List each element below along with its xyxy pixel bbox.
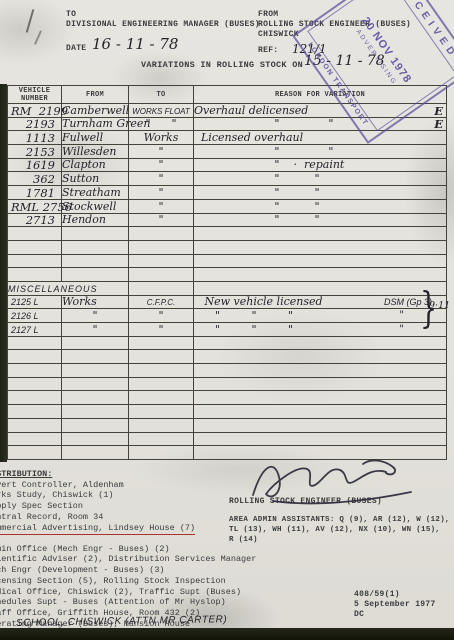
memo-title: VARIATIONS IN ROLLING STOCK ON	[141, 60, 303, 70]
distribution-line: Works Study, Chiswick (1)	[0, 490, 114, 501]
table-row: 2713Hendon" " "	[8, 213, 447, 227]
distribution-lines: Advert Controller, AldenhamWorks Study, …	[0, 480, 256, 630]
to-cell: "	[129, 158, 194, 172]
reason-cell	[194, 391, 447, 405]
reason-text: " "	[194, 117, 334, 130]
from-cell	[62, 418, 129, 432]
table-row	[8, 240, 447, 254]
reason-cell	[194, 268, 447, 282]
distribution-line: Advert Controller, Aldenham	[0, 480, 124, 491]
from-cell: Streatham	[62, 186, 129, 200]
vehicle-cell	[8, 336, 62, 350]
vehicle-cell	[8, 254, 62, 268]
table-row	[8, 268, 447, 282]
vehicle-cell	[8, 364, 62, 378]
reason-text: " · repaint	[194, 158, 344, 171]
table-body: RM 2199CamberwellWORKS FLOATEOverhaul de…	[8, 104, 447, 460]
to-cell: WORKS FLOAT	[129, 104, 194, 118]
vehicle-cell: 2126 L	[8, 309, 62, 323]
table-row	[8, 432, 447, 446]
from-cell: Works	[62, 295, 129, 309]
distribution-line: Scientific Adviser (2), Distribution Ser…	[0, 554, 256, 565]
col-header-from: FROM	[62, 86, 129, 104]
reason-tag: "	[399, 310, 404, 322]
signature	[243, 455, 423, 507]
reason-text: New vehicle licensed	[194, 295, 323, 308]
table-row	[8, 377, 447, 391]
pen-mark	[26, 9, 35, 33]
from-cell	[62, 254, 129, 268]
from-cell: Camberwell	[62, 104, 129, 118]
table-row: 2125 LWorksC.F.P.C.DSM (Gp 3) New vehicl…	[8, 295, 447, 309]
ref-label: REF:	[258, 46, 278, 55]
from-cell	[62, 391, 129, 405]
reason-cell	[194, 432, 447, 446]
vehicle-cell: 1619	[8, 158, 62, 172]
reason-text: " "	[194, 172, 320, 185]
reason-tag: "	[399, 324, 404, 336]
vehicle-cell: 2153	[8, 145, 62, 159]
reason-cell: " "	[194, 145, 447, 159]
col-header-number: NUMBER	[8, 95, 61, 103]
reason-text: " "	[194, 186, 320, 199]
distribution-heading: DISTRIBUTION:	[0, 469, 256, 480]
reason-cell: " "	[194, 213, 447, 227]
to-cell	[129, 405, 194, 419]
from-cell	[62, 268, 129, 282]
pen-mark	[34, 30, 41, 44]
col-header-to: TO	[129, 86, 194, 104]
variations-table: VEHICLE NUMBER FROM TO REASON FOR VARIAT…	[7, 85, 447, 460]
reason-cell: " "	[194, 199, 447, 213]
distribution-line: Licensing Section (5), Rolling Stock Ins…	[0, 576, 226, 587]
vehicle-cell: RM 2199	[8, 104, 62, 118]
to-cell	[129, 377, 194, 391]
vehicle-cell	[8, 377, 62, 391]
scanned-memo-page: TO DIVISIONAL ENGINEERING MANAGER (BUSES…	[0, 0, 454, 640]
scan-edge-bottom	[0, 628, 454, 640]
reason-cell: " " " "	[194, 323, 447, 337]
reason-text: " " "	[194, 323, 293, 336]
from-label: FROM	[258, 10, 278, 19]
table-row	[8, 418, 447, 432]
reason-tag: E	[434, 118, 443, 130]
vehicle-cell: 2127 L	[8, 323, 62, 337]
reason-cell: " "	[194, 186, 447, 200]
form-initials: DC	[354, 610, 364, 619]
from-cell	[62, 227, 129, 241]
table-row	[8, 350, 447, 364]
table-row	[8, 254, 447, 268]
table-row	[8, 391, 447, 405]
date-handwritten: 16 - 11 - 78	[92, 35, 178, 53]
reason-cell	[194, 281, 447, 295]
reason-cell	[194, 227, 447, 241]
vehicle-cell	[8, 391, 62, 405]
from-cell: Turnham Green	[62, 117, 129, 131]
vehicle-cell: RML 2756	[8, 199, 62, 213]
to-cell	[129, 364, 194, 378]
to-cell	[129, 227, 194, 241]
from-cell	[62, 350, 129, 364]
from-cell: "	[62, 323, 129, 337]
vehicle-cell	[8, 405, 62, 419]
from-cell	[62, 432, 129, 446]
to-cell: "	[129, 172, 194, 186]
reason-text: " " "	[194, 309, 293, 322]
to-cell: "	[129, 213, 194, 227]
table-row: 2126 L""" " " "	[8, 309, 447, 323]
distribution-line: Mech Engr (Development - Buses) (3)	[0, 565, 165, 576]
to-cell: "	[129, 199, 194, 213]
reason-cell: " " " "	[194, 309, 447, 323]
from-cell: Hendon	[62, 213, 129, 227]
to-cell	[129, 446, 194, 460]
vehicle-cell	[8, 227, 62, 241]
vehicle-cell: 2193	[8, 117, 62, 131]
from-cell: "	[62, 309, 129, 323]
to-cell	[129, 240, 194, 254]
table-row: 2153Willesden" " "	[8, 145, 447, 159]
to-cell	[129, 391, 194, 405]
from-cell	[62, 405, 129, 419]
table-row: 1619Clapton" " · repaint	[8, 158, 447, 172]
vehicle-cell: 2713	[8, 213, 62, 227]
reason-text: " "	[194, 200, 320, 213]
distribution-line: Commercial Advertising, Lindsey House (7…	[0, 523, 195, 535]
to-cell	[129, 281, 194, 295]
reason-cell	[194, 240, 447, 254]
reason-cell	[194, 336, 447, 350]
distribution-line: Medical Office, Chiswick (2), Traffic Su…	[0, 587, 241, 598]
from-cell: Willesden	[62, 145, 129, 159]
to-cell	[129, 254, 194, 268]
from-cell: Sutton	[62, 172, 129, 186]
col-header-vehicle-number: VEHICLE NUMBER	[8, 86, 62, 104]
reason-cell	[194, 350, 447, 364]
to-cell: "	[129, 309, 194, 323]
to-cell	[129, 432, 194, 446]
form-date: 5 September 1977	[354, 600, 436, 609]
vehicle-cell	[8, 418, 62, 432]
brace-annotation: }	[420, 285, 437, 333]
distribution-line: Admin Office (Mech Engr - Buses) (2)	[0, 544, 170, 555]
to-cell	[129, 350, 194, 364]
assistants-line-2: TL (13), WH (11), AV (12), NX (10), WN (…	[229, 526, 440, 534]
reason-cell: DSM (Gp 3) New vehicle licensed	[194, 295, 447, 309]
vehicle-cell: 1113	[8, 131, 62, 145]
reason-cell: Licensed overhaul	[194, 131, 447, 145]
reason-cell	[194, 254, 447, 268]
from-cell	[62, 364, 129, 378]
from-cell	[62, 446, 129, 460]
from-cell: Stockwell	[62, 199, 129, 213]
vehicle-cell	[8, 240, 62, 254]
to-cell: Works	[129, 131, 194, 145]
reason-cell: " · repaint	[194, 158, 447, 172]
reason-text: Overhaul delicensed	[194, 104, 308, 117]
table-row	[8, 227, 447, 241]
distribution-line: Supply Spec Section	[0, 501, 83, 512]
date-label: DATE	[66, 44, 86, 53]
distribution-line: Schedules Supt - Buses (Attention of Mr …	[0, 597, 226, 608]
to-cell	[129, 418, 194, 432]
reason-tag: E	[434, 105, 443, 117]
to-cell	[129, 336, 194, 350]
vehicle-cell: 362	[8, 172, 62, 186]
assistants-line-3: R (14)	[229, 536, 258, 544]
reason-text: " "	[194, 213, 320, 226]
reason-cell: " "	[194, 172, 447, 186]
reason-cell	[194, 405, 447, 419]
assistants-line-1: AREA ADMIN ASSISTANTS: Q (9), AR (12), W…	[229, 516, 450, 524]
to-cell: "	[129, 323, 194, 337]
to-cell: "	[129, 145, 194, 159]
vehicle-cell	[8, 268, 62, 282]
to-cell: "	[129, 186, 194, 200]
vehicle-cell: 2125 L	[8, 295, 62, 309]
form-reference: 408/59(1)	[354, 590, 400, 599]
table-row: 2127 L""" " " "	[8, 323, 447, 337]
misc-label-cell: MISCELLANEOUS	[8, 281, 129, 295]
col-header-vehicle: VEHICLE	[8, 87, 61, 95]
reason-text: Licensed overhaul	[194, 131, 303, 144]
from-cell: Clapton	[62, 158, 129, 172]
vehicle-cell	[8, 350, 62, 364]
scan-edge-left	[0, 84, 7, 462]
to-label: TO	[66, 10, 76, 19]
reason-text: " "	[194, 145, 334, 158]
to-cell: C.F.P.C.	[129, 295, 194, 309]
distribution-line: Central Record, Room 34	[0, 512, 103, 523]
table-row	[8, 364, 447, 378]
table-row: 1781Streatham" " "	[8, 186, 447, 200]
table-row	[8, 405, 447, 419]
from-cell	[62, 336, 129, 350]
vehicle-cell	[8, 432, 62, 446]
table-row: 362Sutton" " "	[8, 172, 447, 186]
vehicle-cell: 1781	[8, 186, 62, 200]
table-row: RML 2756Stockwell" " "	[8, 199, 447, 213]
table-row	[8, 336, 447, 350]
misc-label-row: MISCELLANEOUS	[8, 281, 447, 295]
from-cell	[62, 377, 129, 391]
reason-cell	[194, 418, 447, 432]
reason-cell	[194, 364, 447, 378]
to-value: DIVISIONAL ENGINEERING MANAGER (BUSES)	[66, 20, 260, 29]
vehicle-cell	[8, 446, 62, 460]
reason-cell	[194, 377, 447, 391]
distribution-list: DISTRIBUTION: Advert Controller, Aldenha…	[0, 469, 256, 629]
from-cell: Fulwell	[62, 131, 129, 145]
reason-cell: E " "	[194, 117, 447, 131]
to-cell	[129, 268, 194, 282]
from-cell	[62, 240, 129, 254]
